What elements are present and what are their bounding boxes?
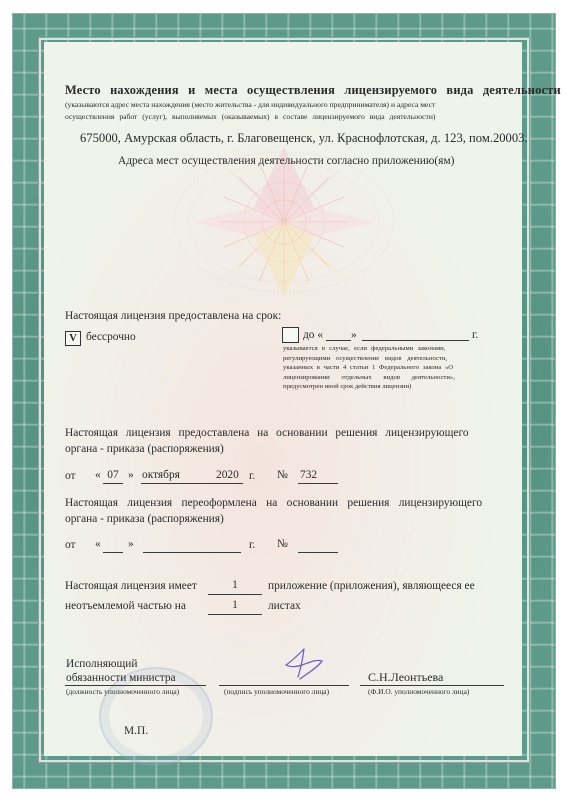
name-caption: (Ф.И.О. уполномоченного лица): [368, 687, 469, 696]
grant-quote-close: »: [128, 469, 134, 481]
grant-year-suffix: г.: [249, 470, 255, 482]
grant-quote-open: «: [95, 469, 101, 481]
appendix-line2-prefix: неотъемлемой частью на: [65, 600, 186, 612]
position-line: [65, 685, 206, 686]
location-title: Место нахождения и места осуществления л…: [65, 83, 561, 98]
stamp-place-label: М.П.: [124, 725, 148, 737]
signature-line: [219, 685, 349, 686]
location-note-line1: (указываются адрес места нахождения (мес…: [65, 100, 435, 109]
license-page: Место нахождения и места осуществления л…: [44, 42, 522, 756]
handwritten-signature-icon: [282, 647, 332, 683]
appendix-count-line: [208, 594, 262, 595]
reissue-day-field[interactable]: [103, 552, 123, 553]
until-month-year-field[interactable]: [362, 340, 469, 341]
name-line: [360, 685, 504, 686]
until-day-field[interactable]: [326, 340, 351, 341]
grant-month: октября: [142, 469, 180, 481]
grant-from-label: от: [65, 470, 76, 482]
until-year-suffix: г.: [472, 329, 478, 341]
signer-position-line1: Исполняющий: [66, 658, 137, 670]
until-note: указывается в случае, если федеральными …: [283, 344, 483, 392]
grant-number: 732: [300, 469, 317, 481]
appendix-sheets-line: [208, 614, 262, 615]
appendix-line1-prefix: Настоящая лицензия имеет: [65, 580, 197, 592]
reissue-quote-close: »: [128, 538, 134, 550]
fixed-term-checkbox[interactable]: [282, 327, 299, 343]
reissue-basis-line2: органа - приказа (распоряжения): [65, 513, 224, 525]
grant-date-line: [141, 483, 243, 484]
reissue-date-field[interactable]: [143, 552, 241, 553]
reissue-number-label: №: [277, 538, 288, 550]
appendix-line2-suffix: листах: [268, 600, 301, 612]
grant-basis-line2: органа - приказа (распоряжения): [65, 443, 224, 455]
grant-day-line: [103, 483, 123, 484]
term-label: Настоящая лицензия предоставлена на срок…: [65, 310, 281, 322]
indefinite-term-checkbox[interactable]: V: [65, 331, 81, 346]
location-note-line2: осуществления работ (услуг), выполняемых…: [65, 112, 435, 121]
signer-name: С.Н.Леонтьева: [368, 670, 443, 685]
grant-day: 07: [103, 469, 123, 481]
signature-caption: (подпись уполномоченного лица): [224, 687, 329, 696]
signer-position-line2: обязанности министра: [66, 672, 176, 684]
grant-number-line: [298, 483, 338, 484]
license-address: 675000, Амурская область, г. Благовещенс…: [80, 131, 528, 146]
position-caption: (должность уполномоченного лица): [66, 687, 179, 696]
appendix-count: 1: [208, 579, 262, 591]
appendix-sheets: 1: [208, 599, 262, 611]
reissue-year-suffix: г.: [249, 539, 255, 551]
appendix-line1-suffix: приложение (приложения), являющееся ее: [268, 580, 475, 592]
grant-year: 2020: [216, 469, 239, 481]
indefinite-term-label: бессрочно: [86, 331, 136, 343]
reissue-quote-open: «: [95, 538, 101, 550]
address-appendix-note: Адреса мест осуществления деятельности с…: [118, 155, 454, 167]
grant-number-label: №: [277, 469, 288, 481]
until-prefix: до «: [303, 329, 323, 341]
reissue-basis-line1: Настоящая лицензия переоформлена на осно…: [65, 497, 482, 509]
reissue-number-field[interactable]: [298, 552, 338, 553]
reissue-from-label: от: [65, 539, 76, 551]
until-quote-close: »: [351, 329, 357, 341]
license-form-border: Место нахождения и места осуществления л…: [13, 14, 555, 788]
grant-basis-line1: Настоящая лицензия предоставлена на осно…: [65, 427, 469, 439]
